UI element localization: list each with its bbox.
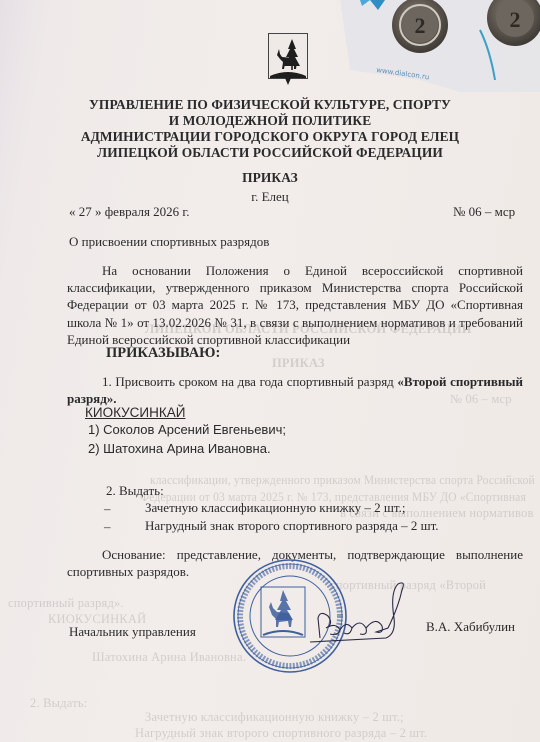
bleed-line: Зачетную классификационную книжку – 2 шт… [145, 710, 404, 725]
preamble-text: На основании Положения о Единой всеросси… [67, 263, 523, 347]
order-date: « 27 » февраля 2026 г. [69, 204, 190, 220]
medal-number: 2 [510, 7, 521, 32]
medal-number: 2 [415, 13, 426, 38]
preamble-paragraph: На основании Положения о Единой всеросси… [67, 262, 523, 348]
signatory-position: Начальник управления [69, 624, 196, 640]
bleed-line: ПРИКАЗ [272, 356, 325, 371]
order-subject: О присвоении спортивных разрядов [69, 234, 269, 250]
header-line-2: И МОЛОДЕЖНОЙ ПОЛИТИКЕ [0, 113, 540, 129]
athlete-2: 2) Шатохина Арина Ивановна. [88, 441, 271, 456]
item-2-entry-2: Нагрудный знак второго спортивного разря… [145, 518, 439, 534]
item-2-entry-1: Зачетную классификационную книжку – 2 шт… [145, 500, 405, 516]
sport-discipline: КИОКУСИНКАЙ [85, 405, 185, 420]
item-1-paragraph: 1. Присвоить сроком на два года спортивн… [67, 373, 523, 407]
item-2-title: 2. Выдать: [106, 483, 164, 499]
bleed-line: спортивный разряд». [8, 596, 124, 611]
item-2-dash-2: – [104, 519, 111, 535]
item-1-text: 1. Присвоить сроком на два года спортивн… [102, 374, 397, 389]
city-label: г. Елец [0, 189, 540, 205]
athlete-1: 1) Соколов Арсений Евгеньевич; [88, 422, 286, 437]
order-word: ПРИКАЗЫВАЮ: [106, 345, 220, 362]
bleed-line: 2. Выдать: [30, 696, 87, 711]
item-2-dash-1: – [104, 501, 111, 517]
medals-icon: 2 2 www.dialcon.ru [340, 0, 540, 92]
order-number: № 06 – мср [453, 204, 515, 220]
doc-type-title: ПРИКАЗ [0, 170, 540, 186]
header-line-4: ЛИПЕЦКОЙ ОБЛАСТИ РОССИЙСКОЙ ФЕДЕРАЦИИ [0, 145, 540, 161]
bleed-line: Шатохина Арина Ивановна. [92, 650, 246, 665]
handwritten-signature-icon [290, 578, 420, 646]
signatory-name: В.А. Хабибулин [426, 619, 515, 635]
header-line-1: УПРАВЛЕНИЕ ПО ФИЗИЧЕСКОЙ КУЛЬТУРЕ, СПОРТ… [0, 97, 540, 113]
header-line-3: АДМИНИСТРАЦИИ ГОРОДСКОГО ОКРУГА ГОРОД ЕЛ… [0, 129, 540, 145]
bleed-line: Нагрудный знак второго спортивного разря… [135, 726, 427, 741]
bleed-line: классификации, утвержденного приказом Ми… [150, 473, 535, 488]
elets-coat-of-arms-icon [268, 33, 308, 88]
